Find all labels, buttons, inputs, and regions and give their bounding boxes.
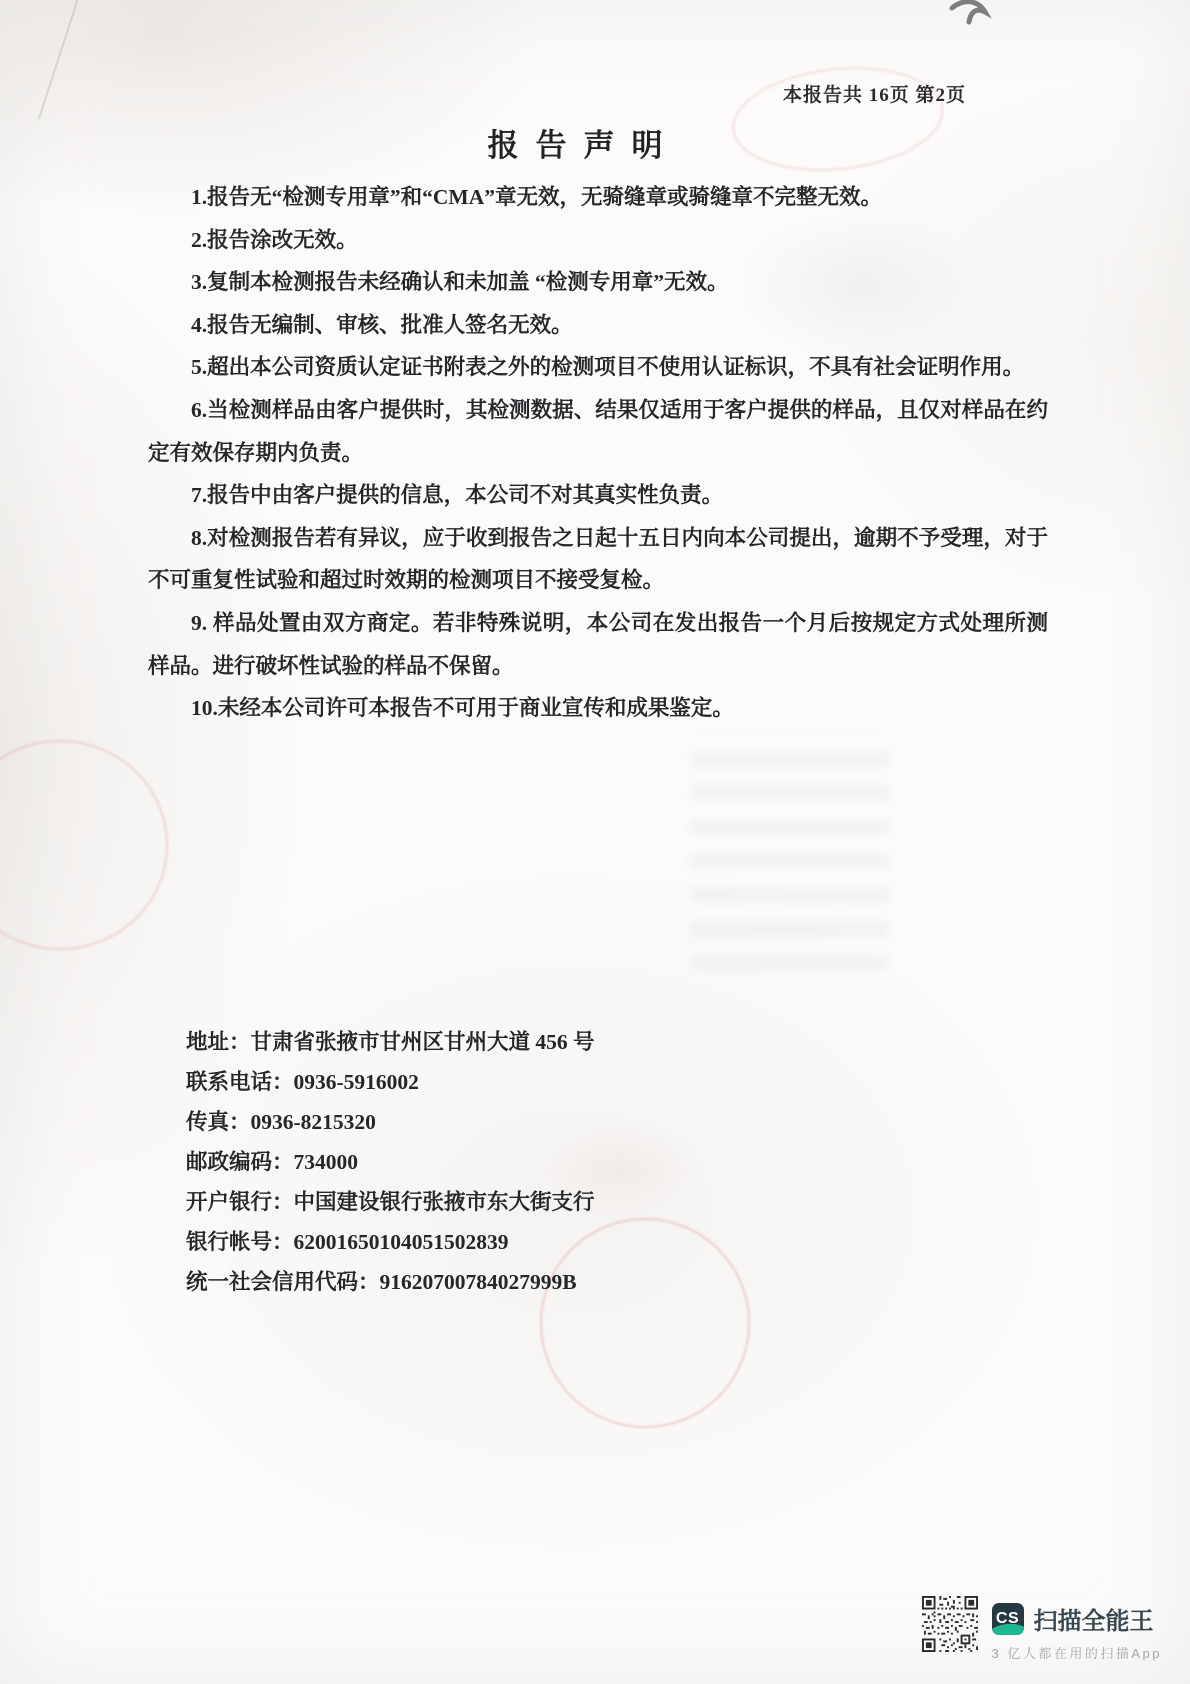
- paper-crease: [38, 0, 80, 119]
- statement-5: 5.超出本公司资质认定证书附表之外的检测项目不使用认证标识，不具有社会证明作用。: [148, 346, 1048, 389]
- camscanner-logo-text: CS: [996, 1610, 1019, 1628]
- bank-account-line: 银行帐号：62001650104051502839: [186, 1222, 595, 1262]
- address-line: 地址：甘肃省张掖市甘州区甘州大道 456 号: [186, 1022, 595, 1062]
- credit-code-line: 统一社会信用代码：91620700784027999B: [186, 1262, 595, 1302]
- corner-pen-mark: [948, 0, 994, 36]
- phone-line: 联系电话：0936-5916002: [186, 1062, 595, 1102]
- page-count-label: 本报告共 16页 第2页: [783, 80, 966, 107]
- scanner-app-name: 扫描全能王: [1034, 1601, 1154, 1636]
- scanned-report-page: 本报告共 16页 第2页 报告声明 1.报告无“检测专用章”和“CMA”章无效，…: [0, 0, 1190, 1684]
- page-title: 报告声明: [0, 120, 1150, 165]
- statement-2: 2.报告涂改无效。: [148, 219, 1048, 262]
- contact-info-block: 地址：甘肃省张掖市甘州区甘州大道 456 号 联系电话：0936-5916002…: [186, 1022, 595, 1302]
- bleed-through-smudge: [690, 730, 890, 970]
- bank-line: 开户银行：中国建设银行张掖市东大街支行: [186, 1182, 595, 1222]
- statement-8: 8.对检测报告若有异议，应于收到报告之日起十五日内向本公司提出，逾期不予受理，对…: [148, 517, 1048, 602]
- faint-stamp-circle-left: [0, 740, 168, 950]
- qr-code-icon: [922, 1595, 978, 1653]
- statement-9: 9. 样品处置由双方商定。若非特殊说明，本公司在发出报告一个月后按规定方式处理所…: [148, 602, 1048, 687]
- statement-3: 3.复制本检测报告未经确认和未加盖 “检测专用章”无效。: [148, 261, 1048, 304]
- statement-6: 6.当检测样品由客户提供时，其检测数据、结果仅适用于客户提供的样品，且仅对样品在…: [148, 389, 1048, 474]
- camscanner-logo-icon: CS: [992, 1603, 1024, 1635]
- declaration-list: 1.报告无“检测专用章”和“CMA”章无效，无骑缝章或骑缝章不完整无效。 2.报…: [148, 176, 1048, 730]
- statement-1: 1.报告无“检测专用章”和“CMA”章无效，无骑缝章或骑缝章不完整无效。: [148, 176, 1048, 219]
- fax-line: 传真：0936-8215320: [186, 1102, 595, 1142]
- statement-7: 7.报告中由客户提供的信息，本公司不对其真实性负责。: [148, 474, 1048, 517]
- postcode-line: 邮政编码：734000: [186, 1142, 595, 1182]
- statement-10: 10.未经本公司许可本报告不可用于商业宣传和成果鉴定。: [148, 687, 1048, 730]
- statement-4: 4.报告无编制、审核、批准人签名无效。: [148, 304, 1048, 347]
- scanner-watermark: CS 扫描全能王 3 亿人都在用的扫描App: [922, 1595, 1162, 1662]
- scanner-app-tagline: 3 亿人都在用的扫描App: [992, 1643, 1162, 1662]
